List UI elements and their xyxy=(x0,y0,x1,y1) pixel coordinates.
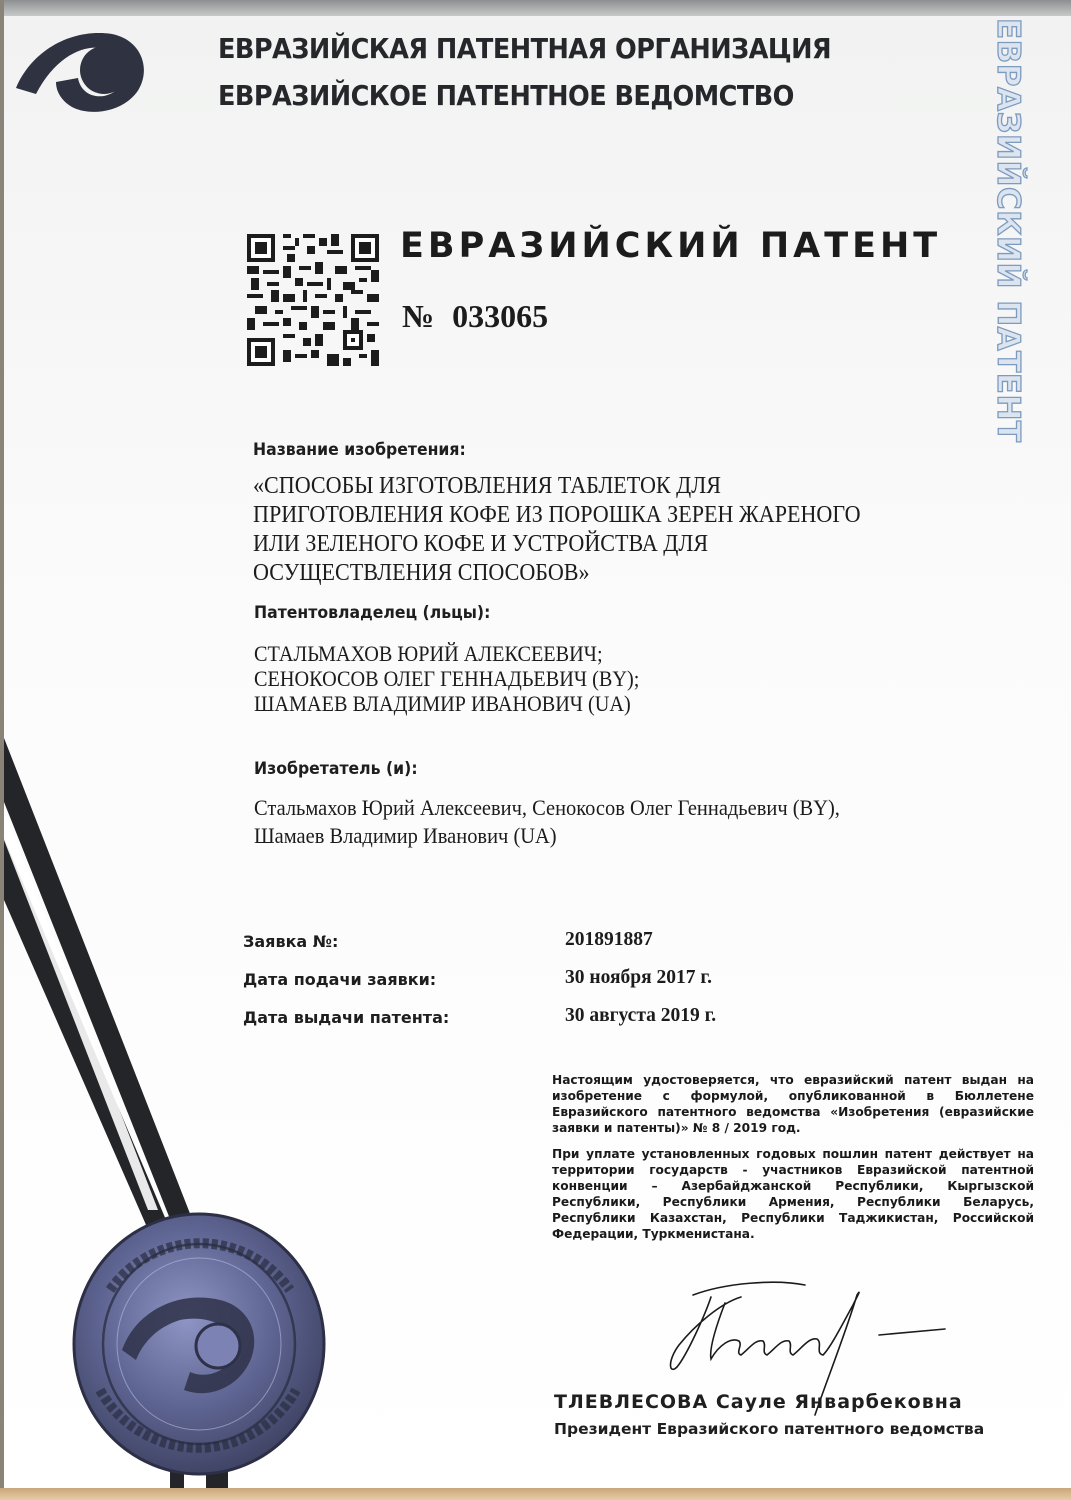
holders-label: Патентовладелец (льцы): xyxy=(254,603,490,622)
organization-header: ЕВРАЗИЙСКАЯ ПАТЕНТНАЯ ОРГАНИЗАЦИЯ ЕВРАЗИ… xyxy=(218,26,831,120)
issue-date-row: Дата выдачи патента: 30 августа 2019 г. xyxy=(243,1008,943,1038)
holder-name: СЕНОКОСОВ ОЛЕГ ГЕННАДЬЕВИЧ (BY); xyxy=(254,664,639,689)
issue-date-value: 30 августа 2019 г. xyxy=(565,1005,716,1027)
invention-title-label: Название изобретения: xyxy=(253,440,466,459)
patent-number: №033065 xyxy=(402,298,548,335)
seal-medallion-icon xyxy=(70,1210,328,1478)
inventors-list: Стальмахов Юрий Алексеевич, Сенокосов Ол… xyxy=(254,794,840,850)
filing-date-value: 30 ноября 2017 г. xyxy=(565,967,712,989)
inventors-label: Изобретатель (и): xyxy=(254,759,418,778)
side-watermark: ЕВРАЗИЙСКИЙ ПАТЕНТ xyxy=(980,18,1026,418)
invention-title-line: ОСУЩЕСТВЛЕНИЯ СПОСОБОВ» xyxy=(253,559,861,588)
filing-date-row: Дата подачи заявки: 30 ноября 2017 г. xyxy=(243,970,943,1000)
eapo-logo-icon xyxy=(12,20,152,120)
invention-title-line: «СПОСОБЫ ИЗГОТОВЛЕНИЯ ТАБЛЕТОК ДЛЯ xyxy=(253,472,861,501)
signatory-title: Президент Евразийского патентного ведомс… xyxy=(554,1420,984,1438)
filing-date-label: Дата подачи заявки: xyxy=(243,970,436,989)
inventors-line: Стальмахов Юрий Алексеевич, Сенокосов Ол… xyxy=(254,794,840,822)
holder-name: ШАМАЕВ ВЛАДИМИР ИВАНОВИЧ (UA) xyxy=(254,689,639,714)
qr-code-icon xyxy=(247,233,379,367)
signatory-name: ТЛЕВЛЕСОВА Сауле Январбековна xyxy=(554,1391,963,1413)
frame-top-edge xyxy=(0,0,1071,16)
organization-name: ЕВРАЗИЙСКАЯ ПАТЕНТНАЯ ОРГАНИЗАЦИЯ xyxy=(218,26,831,73)
inventors-line: Шамаев Владимир Иванович (UA) xyxy=(254,822,840,850)
application-number-row: Заявка №: 201891887 xyxy=(243,932,943,962)
invention-title-line: ПРИГОТОВЛЕНИЯ КОФЕ ИЗ ПОРОШКА ЗЕРЕН ЖАРЕ… xyxy=(253,501,861,530)
invention-title-line: ИЛИ ЗЕЛЕНОГО КОФЕ И УСТРОЙСТВА ДЛЯ xyxy=(253,530,861,559)
holder-name: СТАЛЬМАХОВ ЮРИЙ АЛЕКСЕЕВИЧ; xyxy=(254,639,639,664)
number-sign: № xyxy=(402,298,434,334)
holders-list: СТАЛЬМАХОВ ЮРИЙ АЛЕКСЕЕВИЧ; СЕНОКОСОВ ОЛ… xyxy=(254,639,639,714)
validity-paragraph: При уплате установленных годовых пошлин … xyxy=(552,1146,1034,1242)
office-name: ЕВРАЗИЙСКОЕ ПАТЕНТНОЕ ВЕДОМСТВО xyxy=(218,73,831,120)
issue-date-label: Дата выдачи патента: xyxy=(243,1008,449,1027)
certification-text: Настоящим удостоверяется, что евразийски… xyxy=(552,1072,1034,1252)
patent-title: ЕВРАЗИЙСКИЙ ПАТЕНТ xyxy=(400,226,941,266)
patent-number-value: 033065 xyxy=(452,298,548,334)
application-number-value: 201891887 xyxy=(565,929,653,951)
invention-title: «СПОСОБЫ ИЗГОТОВЛЕНИЯ ТАБЛЕТОК ДЛЯ ПРИГО… xyxy=(253,472,861,588)
frame-bottom-edge xyxy=(0,1488,1071,1500)
certification-paragraph: Настоящим удостоверяется, что евразийски… xyxy=(552,1072,1034,1136)
